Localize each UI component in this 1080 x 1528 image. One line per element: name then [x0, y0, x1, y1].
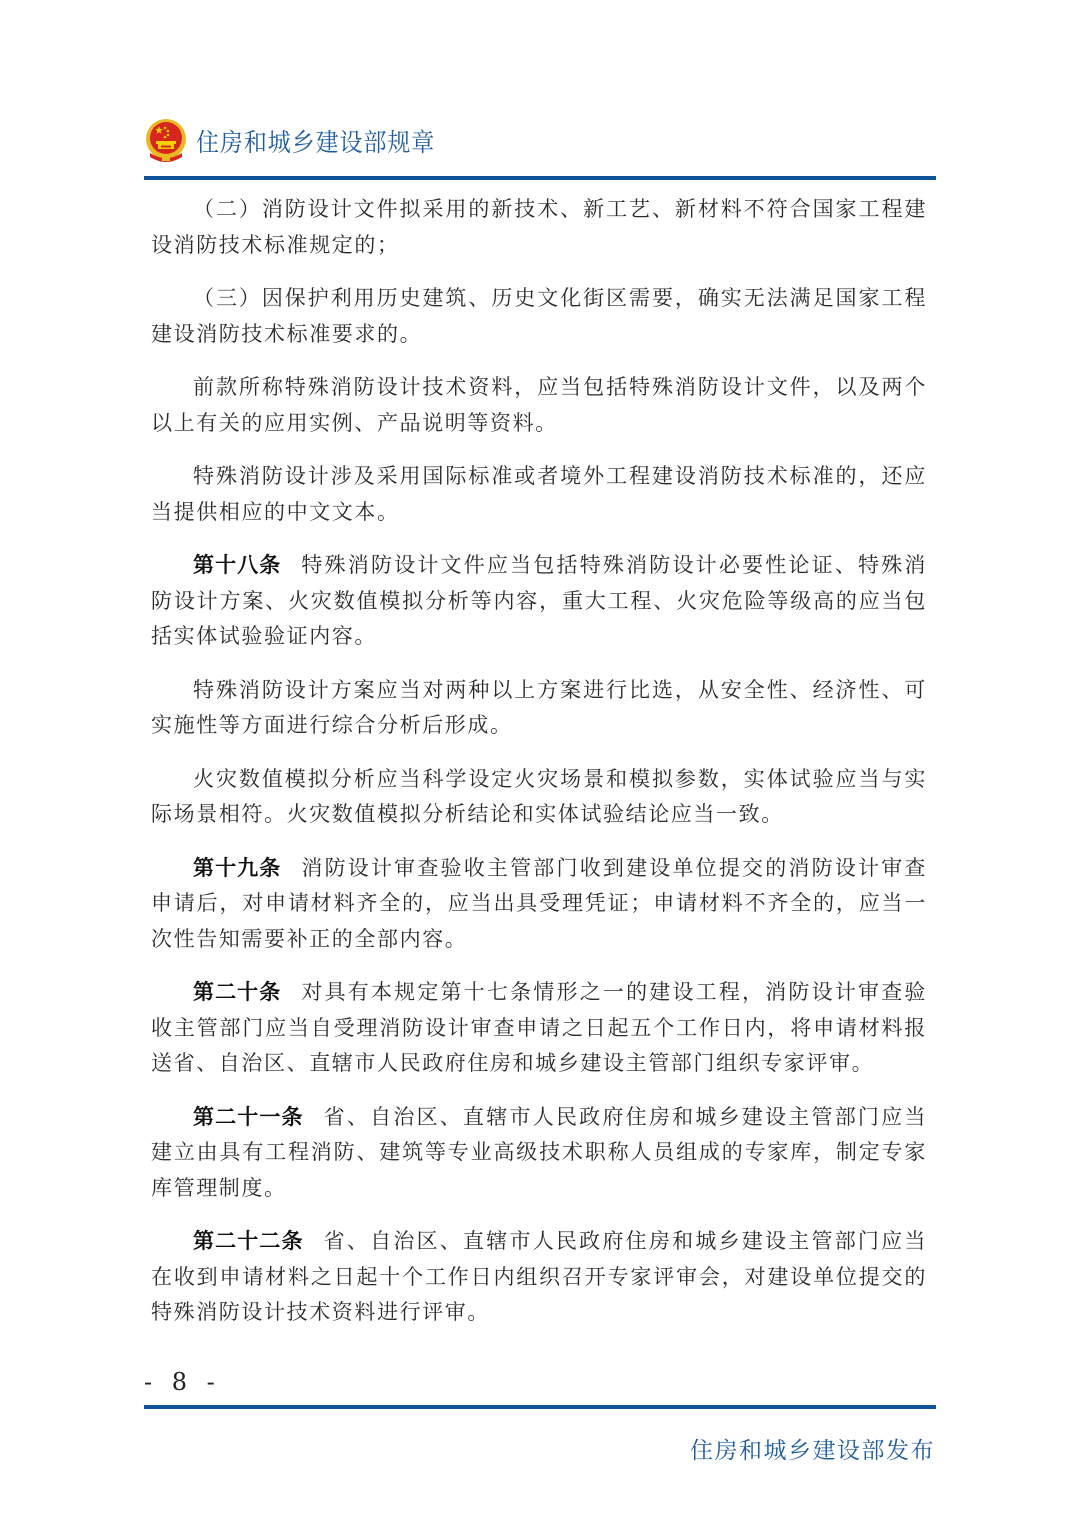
header-title: 住房和城乡建设部规章 [196, 123, 435, 159]
document-body: （二）消防设计文件拟采用的新技术、新工艺、新材料不符合国家工程建设消防技术标准规… [151, 192, 927, 1349]
paragraph-text: 火灾数值模拟分析应当科学设定火灾场景和模拟参数，实体试验应当与实际场景相符。火灾… [151, 767, 927, 827]
footer-divider [144, 1405, 936, 1409]
article-18: 第十八条特殊消防设计文件应当包括特殊消防设计必要性论证、特殊消防设计方案、火灾数… [151, 548, 927, 655]
article-number: 第十九条 [193, 856, 281, 880]
paragraph-text: 特殊消防设计涉及采用国际标准或者境外工程建设消防技术标准的，还应当提供相应的中文… [151, 464, 927, 524]
paragraph-text: 特殊消防设计方案应当对两种以上方案进行比选，从安全性、经济性、可实施性等方面进行… [151, 678, 927, 738]
paragraph: 火灾数值模拟分析应当科学设定火灾场景和模拟参数，实体试验应当与实际场景相符。火灾… [151, 762, 927, 833]
paragraph-text: （二）消防设计文件拟采用的新技术、新工艺、新材料不符合国家工程建设消防技术标准规… [151, 197, 927, 257]
footer-publisher: 住房和城乡建设部发布 [690, 1432, 935, 1465]
article-number: 第二十二条 [193, 1229, 304, 1253]
national-emblem-icon [144, 117, 188, 165]
paragraph: 特殊消防设计方案应当对两种以上方案进行比选，从安全性、经济性、可实施性等方面进行… [151, 673, 927, 744]
paragraph: 前款所称特殊消防设计技术资料，应当包括特殊消防设计文件，以及两个以上有关的应用实… [151, 370, 927, 441]
article-number: 第二十一条 [193, 1105, 304, 1129]
article-21: 第二十一条省、自治区、直辖市人民政府住房和城乡建设主管部门应当建立由具有工程消防… [151, 1100, 927, 1207]
article-19: 第十九条消防设计审查验收主管部门收到建设单位提交的消防设计审查申请后，对申请材料… [151, 851, 927, 958]
page-number: - 8 - [144, 1368, 221, 1396]
header-divider [144, 176, 936, 180]
article-20: 第二十条对具有本规定第十七条情形之一的建设工程，消防设计审查验收主管部门应当自受… [151, 975, 927, 1082]
paragraph: （二）消防设计文件拟采用的新技术、新工艺、新材料不符合国家工程建设消防技术标准规… [151, 192, 927, 263]
article-number: 第十八条 [193, 553, 281, 577]
page-header: 住房和城乡建设部规章 [144, 116, 936, 166]
paragraph-text: 前款所称特殊消防设计技术资料，应当包括特殊消防设计文件，以及两个以上有关的应用实… [151, 375, 927, 435]
article-22: 第二十二条省、自治区、直辖市人民政府住房和城乡建设主管部门应当在收到申请材料之日… [151, 1224, 927, 1331]
paragraph-text: （三）因保护利用历史建筑、历史文化街区需要，确实无法满足国家工程建设消防技术标准… [151, 286, 927, 346]
article-number: 第二十条 [193, 980, 281, 1004]
paragraph: （三）因保护利用历史建筑、历史文化街区需要，确实无法满足国家工程建设消防技术标准… [151, 281, 927, 352]
paragraph: 特殊消防设计涉及采用国际标准或者境外工程建设消防技术标准的，还应当提供相应的中文… [151, 459, 927, 530]
